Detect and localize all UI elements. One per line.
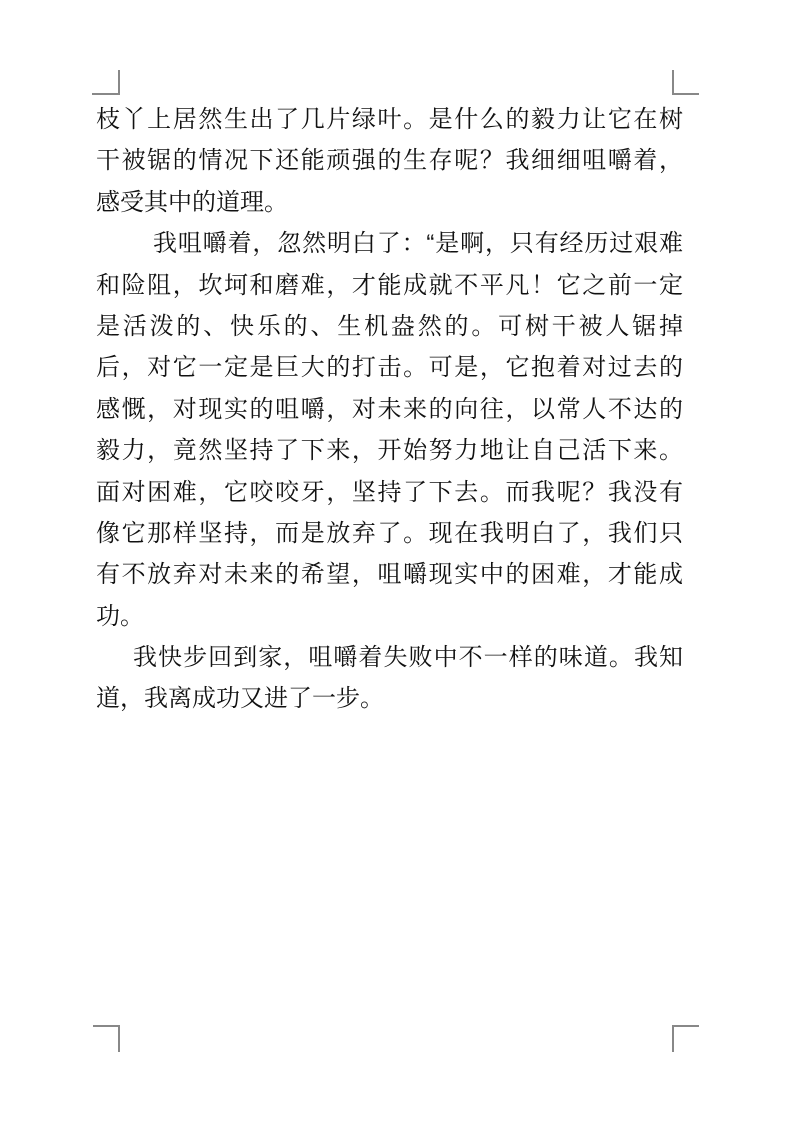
paragraph-1-line-3: 感受其中的道理。: [96, 182, 683, 223]
paragraph-1-line-2: 干被锯的情况下还能顽强的生存呢？我细细咀嚼着，: [96, 140, 683, 181]
paragraph-2-line-2: 和险阻，坎坷和磨难，才能成就不平凡！它之前一定: [96, 265, 683, 306]
paragraph-3-line-2: 道，我离成功又进了一步。: [96, 678, 683, 719]
crop-mark-bottom-left: [93, 1025, 120, 1052]
paragraph-2-line-7: 面对困难，它咬咬牙，坚持了下去。而我呢？我没有: [96, 472, 683, 513]
paragraph-2-line-5: 感慨，对现实的咀嚼，对未来的向往，以常人不达的: [96, 389, 683, 430]
paragraph-3-line-1: 我快步回到家，咀嚼着失败中不一样的味道。我知: [96, 637, 683, 678]
crop-mark-top-left: [92, 70, 120, 95]
crop-mark-bottom-right: [672, 1025, 699, 1052]
paragraph-2-line-6: 毅力，竟然坚持了下来，开始努力地让自己活下来。: [96, 430, 683, 471]
paragraph-1-line-1: 枝丫上居然生出了几片绿叶。是什么的毅力让它在树: [96, 99, 683, 140]
crop-mark-top-right: [672, 70, 699, 95]
paragraph-2-line-3: 是活泼的、快乐的、生机盎然的。可树干被人锯掉: [96, 306, 683, 347]
paragraph-2-line-1: 我咀嚼着，忽然明白了：“是啊，只有经历过艰难: [96, 223, 683, 264]
paragraph-2-line-8: 像它那样坚持，而是放弃了。现在我明白了，我们只: [96, 513, 683, 554]
paragraph-2-line-9: 有不放弃对未来的希望，咀嚼现实中的困难，才能成: [96, 554, 683, 595]
document-page: 枝丫上居然生出了几片绿叶。是什么的毅力让它在树干被锯的情况下还能顽强的生存呢？我…: [0, 0, 794, 1123]
paragraph-2-line-4: 后，对它一定是巨大的打击。可是，它抱着对过去的: [96, 347, 683, 388]
paragraph-2-line-10: 功。: [96, 596, 683, 637]
document-body-text: 枝丫上居然生出了几片绿叶。是什么的毅力让它在树干被锯的情况下还能顽强的生存呢？我…: [96, 99, 683, 720]
